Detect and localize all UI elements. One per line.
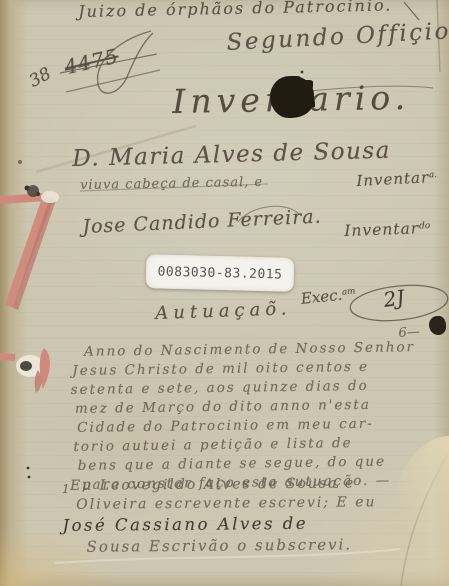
body-line: Anno do Nascimento de Nosso Senhor <box>84 339 415 360</box>
body-line: mez de Março do dito anno n'esta <box>75 396 406 417</box>
ink-speck <box>18 160 22 164</box>
clerk-note-sup: am <box>341 286 355 297</box>
closing-line: Oliveira escrevente escrevi; E eu <box>76 494 376 513</box>
ink-speck <box>301 71 304 74</box>
party2-name: Jose Candido Ferreira. <box>82 206 322 238</box>
pen-stroke <box>404 2 419 20</box>
ink-speck <box>27 467 30 470</box>
document-scan: Juizo de órphãos do Patrocinio. Segundo … <box>0 0 449 586</box>
body-line: setenta e sete, aos quinze dias do <box>71 377 402 398</box>
party1-label-sup: a. <box>429 170 437 180</box>
body-paragraph: Anno do Nascimento de Nosso Senhor Jesus… <box>70 339 403 472</box>
office-line: Segundo Offiçio <box>226 18 449 56</box>
party2-label-sup: do <box>419 221 431 231</box>
party1-label: Inventara. <box>356 168 438 190</box>
closing-line: Sousa Escrivão o subscrevi. <box>87 535 387 556</box>
margin-scribble: 4475 <box>62 44 121 80</box>
closing-line: Eu Leovegildo Alves de Sousa e <box>70 475 370 494</box>
ink-speck <box>28 476 31 479</box>
binding-ribbon-lower <box>0 348 50 393</box>
party2-label-base: Inventar <box>344 219 419 240</box>
party2-label: Inventardo <box>344 219 431 240</box>
closing-paragraph: Eu Leovegildo Alves de Sousa e Oliveira … <box>58 475 359 547</box>
party1-role: viuva cabeça de casal, e <box>80 175 263 193</box>
archive-sticker-code: 0083030-83.2015 <box>157 264 282 282</box>
section-heading: Autuaçaõ. <box>155 298 292 324</box>
clerk-note-circled: 2J <box>382 285 406 312</box>
party1-name: D. Maria Alves de Sousa <box>72 138 391 172</box>
court-title-line: Juizo de órphãos do Patrocinio. <box>78 0 393 21</box>
body-line: Jesus Christo de mil oito centos e <box>72 358 403 379</box>
archive-sticker: 0083030-83.2015 <box>146 254 295 292</box>
ink-blot-small <box>429 316 446 335</box>
margin-number: 38 <box>26 64 54 92</box>
binding-ribbon-upper <box>0 185 59 310</box>
body-line: torio autuei a petição e lista de <box>73 434 404 455</box>
clerk-note-word: Exec.am <box>300 284 356 308</box>
closing-line: José Cassiano Alves de <box>62 513 362 535</box>
party1-label-base: Inventar <box>356 168 430 190</box>
clerk-note-text: Exec. <box>300 286 343 308</box>
body-line: bens que a diante se segue, do que <box>78 453 409 474</box>
body-line: Cidade do Patrocinio em meu car- <box>77 415 408 436</box>
ink-blot <box>270 76 314 118</box>
